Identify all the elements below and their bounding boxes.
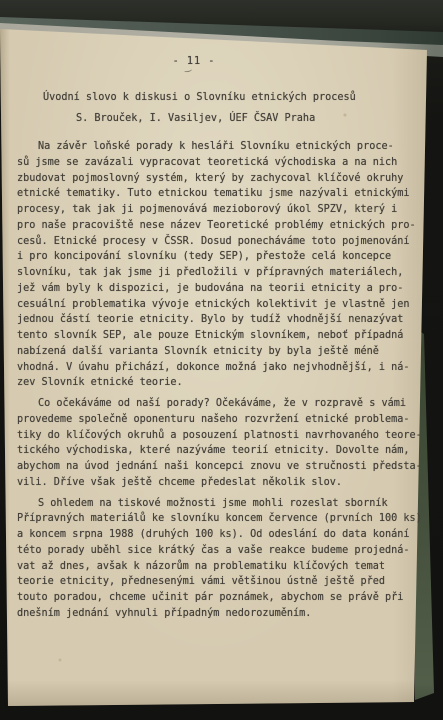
page-number: - 11 - — [0, 54, 395, 70]
authors-line: S. Brouček, I. Vasiljev, ÚEF ČSAV Praha — [76, 111, 315, 127]
text-line: zbudovat pojmoslovný systém, který by za… — [17, 171, 425, 187]
text-line: dnešním jednání vyhnuli případným nedoro… — [17, 606, 425, 622]
text-line: S ohledem na tiskové možnosti jsme mohli… — [17, 496, 425, 512]
text-line: sů jsme se zavázali vypracovat teoretick… — [17, 155, 425, 171]
text-line: cesuální problematika vývoje etnických k… — [17, 297, 425, 313]
text-line: cesů. Etnické procesy v ČSSR. Dosud pone… — [17, 234, 425, 250]
text-line: abychom na úvod jednání naši koncepci zn… — [17, 459, 425, 475]
scanned-book-page-photo: - 11 - Úvodní slovo k diskusi o Slovníku… — [0, 0, 443, 720]
text-line: jednou částí teorie etnicity. Bylo by tu… — [17, 312, 425, 328]
text-line: Co očekáváme od naší porady? Očekáváme, … — [17, 396, 425, 412]
text-line: vili. Dříve však ještě chceme předeslat … — [17, 475, 425, 491]
text-line: zev Slovník etnické teorie. — [17, 375, 425, 391]
text-line: touto poradou, chceme učinit pár poznáme… — [17, 590, 425, 606]
text-line: procesy, tak jak ji pojmenovává meziobor… — [17, 202, 425, 218]
text-line: tento slovník SEP, ale pouze Etnickým sl… — [17, 328, 425, 344]
paragraph: S ohledem na tiskové možnosti jsme mohli… — [17, 496, 425, 622]
text-line: této porady uběhl sice krátký čas a vaše… — [17, 543, 425, 559]
text-line: nabízená další varianta Slovník etnicity… — [17, 344, 425, 360]
text-line: Na závěr loňské porady k hesláři Slovník… — [17, 139, 425, 155]
page-title: Úvodní slovo k diskusi o Slovníku etnick… — [43, 90, 356, 106]
text-line: vhodná. V úvahu přichází, dokonce možná … — [17, 360, 425, 376]
text-line: Přípravných materiálů ke slovníku koncem… — [17, 511, 425, 527]
text-line: teorie etnicity, přednesenými vámi větši… — [17, 574, 425, 590]
text-line: etnické tematiky. Tuto etnickou tematiku… — [17, 186, 425, 202]
text-line: pro naše pracoviště nese název Teoretick… — [17, 218, 425, 234]
text-line: tického východiska, které nazýváme teori… — [17, 443, 425, 459]
text-line: provedeme společně oponenturu našeho roz… — [17, 412, 425, 428]
body: Na závěr loňské porady k hesláři Slovník… — [17, 139, 425, 622]
text-line: tiky do klíčových okruhů a posouzení pla… — [17, 428, 425, 444]
paragraph: Na závěr loňské porady k hesláři Slovník… — [17, 139, 425, 391]
text-line: slovníku, tak jak jsme ji předložili v p… — [17, 265, 425, 281]
text-line: a koncem srpna 1988 (druhých 100 ks). Od… — [17, 527, 425, 543]
text-line: jež vám byly k dispozici, je budována na… — [17, 281, 425, 297]
paragraph: Co očekáváme od naší porady? Očekáváme, … — [17, 396, 425, 491]
text-line: vat až dnes, avšak k názorům na problema… — [17, 559, 425, 575]
text-line: i pro koncipování slovníku (tedy SEP), p… — [17, 249, 425, 265]
